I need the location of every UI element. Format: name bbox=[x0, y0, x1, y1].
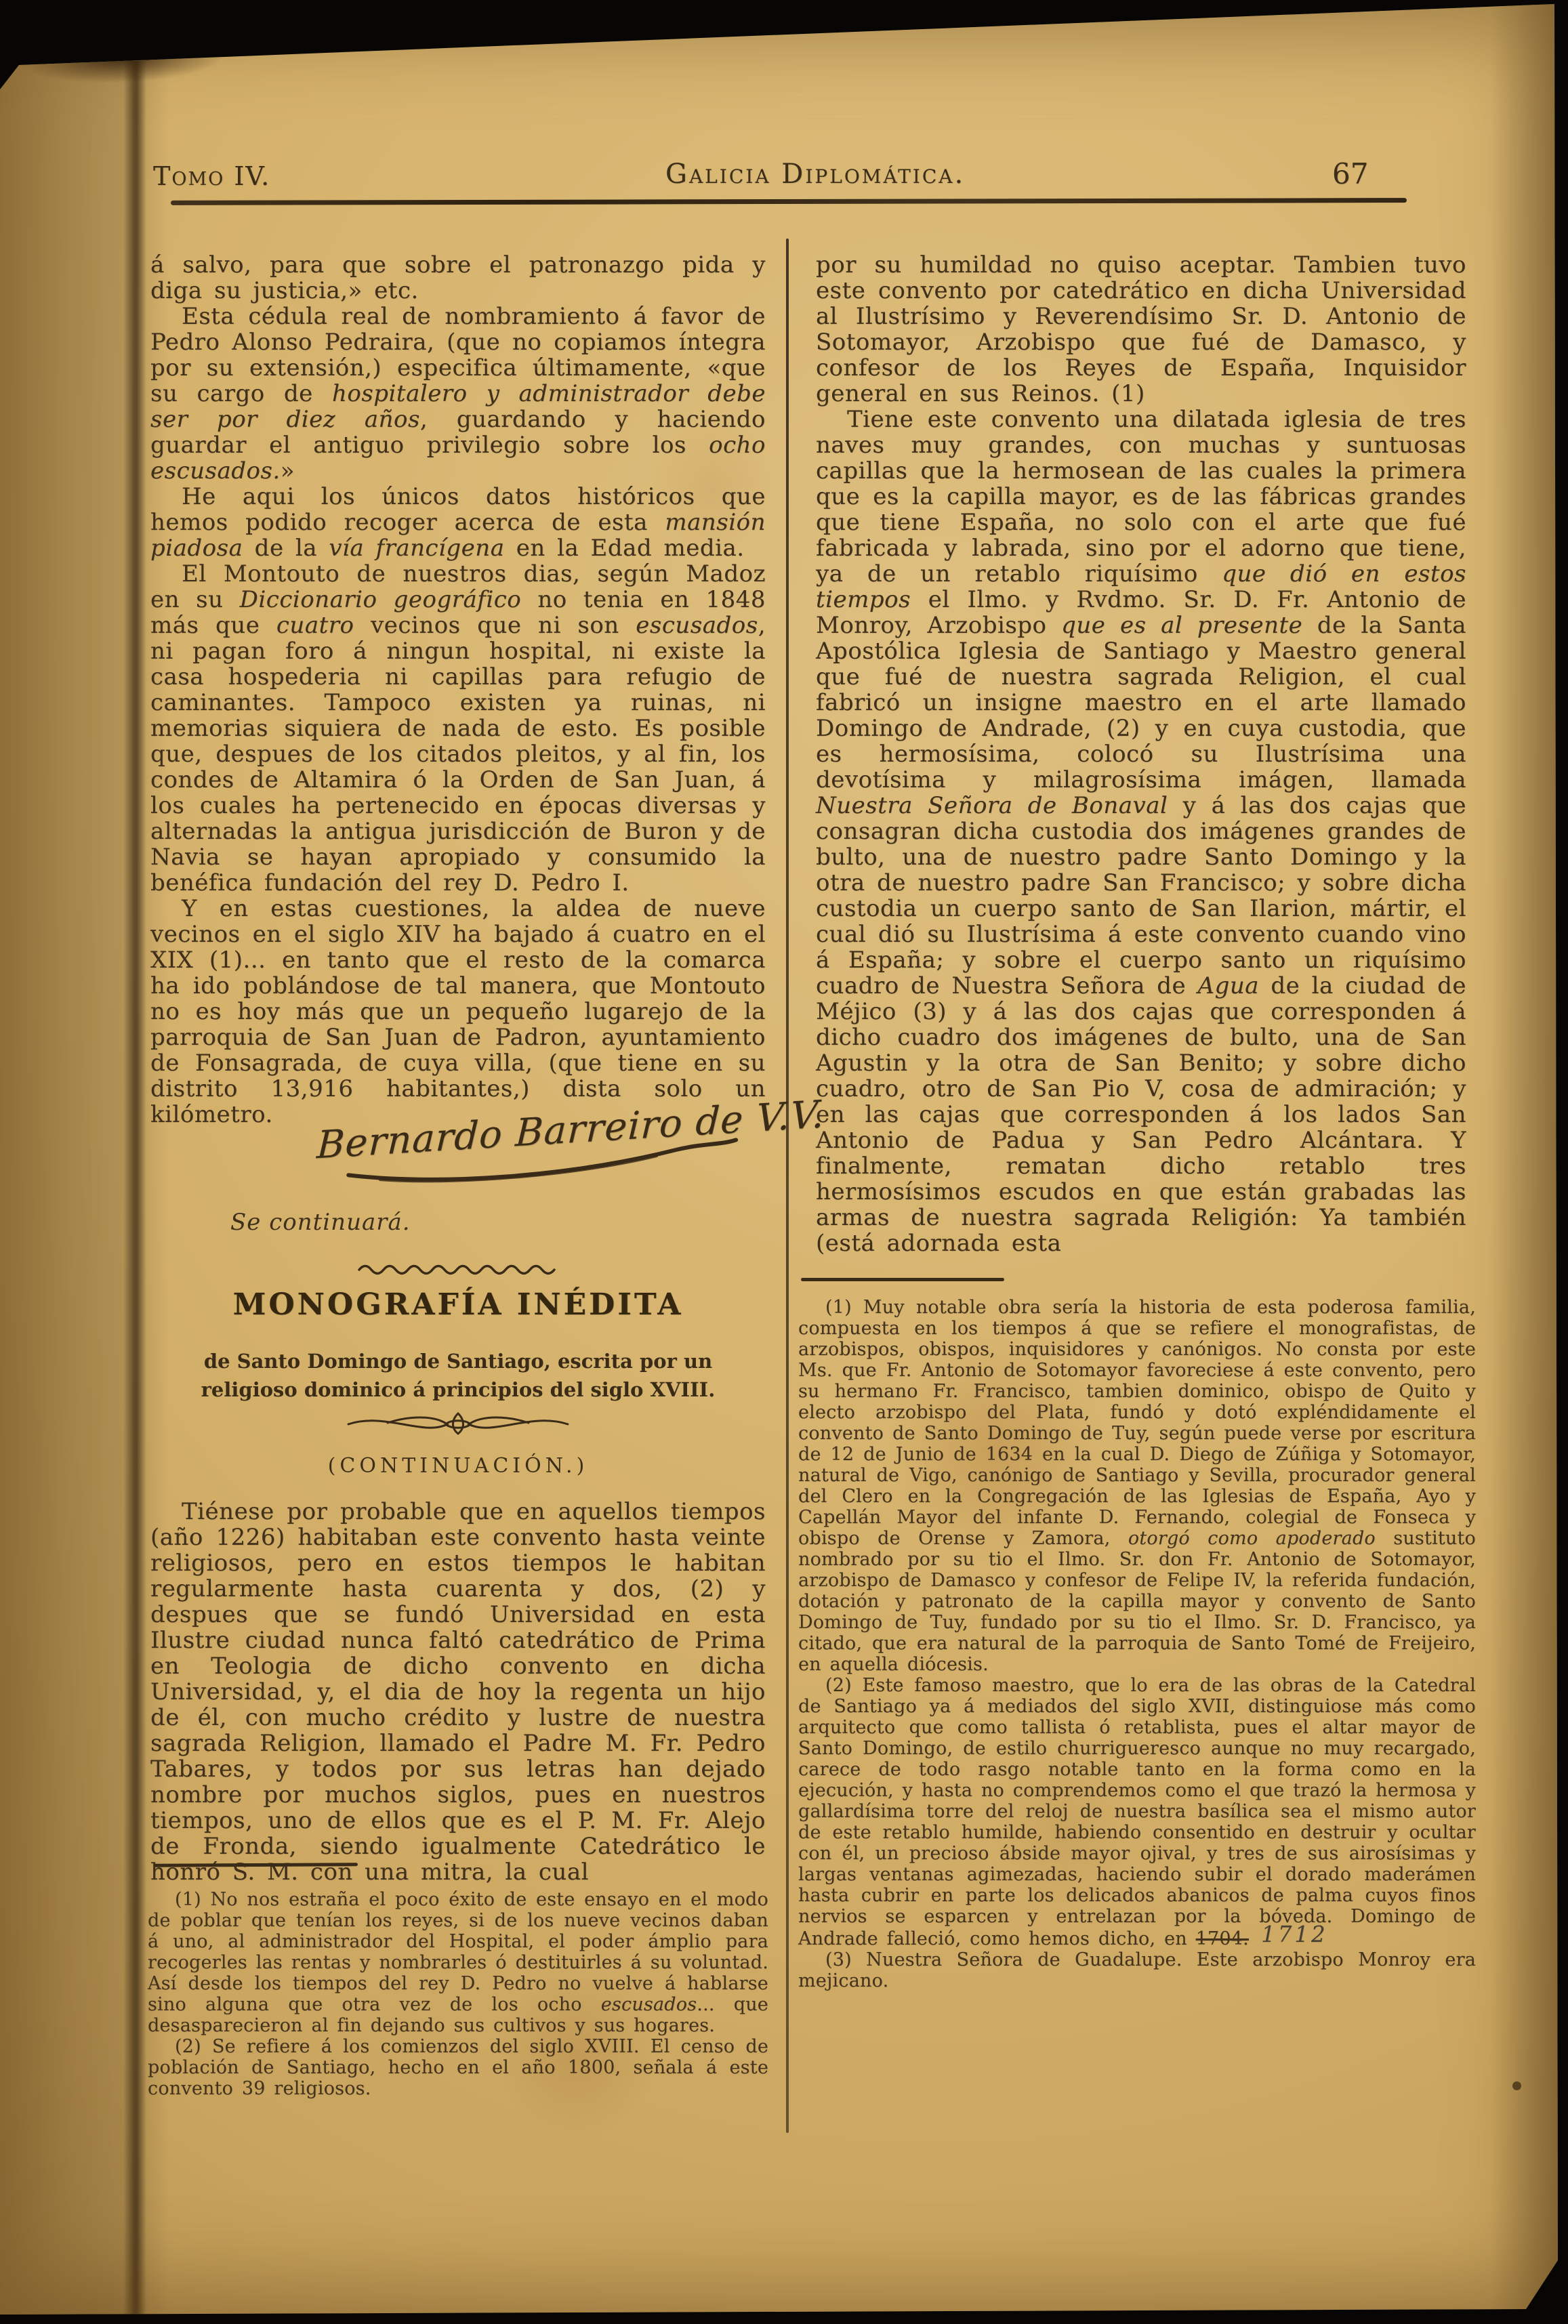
continuation-note: Se continuará. bbox=[230, 1209, 411, 1236]
text-segment: escusados bbox=[601, 1994, 697, 2015]
left-column-main-text: á salvo, para que sobre el patronazgo pi… bbox=[150, 252, 766, 1127]
paragraph: He aqui los únicos datos históricos que … bbox=[150, 484, 766, 561]
paragraph: El Montouto de nuestros dias, según Mado… bbox=[150, 561, 766, 896]
text-segment: (2) Se refiere á los comienzos del siglo… bbox=[148, 2036, 768, 2099]
paragraph: á salvo, para que sobre el patronazgo pi… bbox=[150, 252, 766, 304]
page-fold-line bbox=[123, 61, 146, 2317]
text-segment: de la Santa Apostólica Iglesia de Santia… bbox=[816, 612, 1466, 793]
gutter-shadow bbox=[0, 0, 169, 2324]
paragraph: Tiene este convento una dilatada iglesia… bbox=[816, 407, 1466, 1256]
text-segment: que es al presente bbox=[1061, 612, 1302, 639]
paragraph: Tiénese por probable que en aquellos tie… bbox=[150, 1499, 766, 1885]
text-segment: (1) Muy notable obra sería la historia d… bbox=[798, 1297, 1476, 1549]
text-segment: Tiénese por probable que en aquellos tie… bbox=[150, 1498, 766, 1886]
text-segment: otorgó como apoderado bbox=[1128, 1528, 1376, 1549]
paragraph: (3) Nuestra Señora de Guadalupe. Este ar… bbox=[798, 1949, 1476, 1991]
section-subtitle: de Santo Domingo de Santiago, escrita po… bbox=[175, 1347, 741, 1404]
left-footnotes: (1) No nos estraña el poco éxito de este… bbox=[148, 1889, 768, 2099]
header-rule bbox=[171, 198, 1407, 205]
flourish-ornament bbox=[150, 1408, 766, 1443]
text-segment: Y en estas cuestiones, la aldea de nueve… bbox=[150, 895, 766, 1128]
paragraph: (1) Muy notable obra sería la historia d… bbox=[798, 1297, 1476, 1675]
wavy-divider bbox=[150, 1263, 766, 1278]
paragraph: (1) No nos estraña el poco éxito de este… bbox=[148, 1889, 768, 2036]
text-segment: de la bbox=[243, 535, 329, 562]
section-title: MONOGRAFÍA INÉDITA bbox=[150, 1287, 766, 1322]
text-segment: vecinos que ni son bbox=[354, 612, 636, 639]
right-edge-shadow bbox=[1491, 0, 1565, 2324]
binding-shadow bbox=[20, 32, 224, 86]
book-page: Tomo IV. Galicia Diplomática. 67 á salvo… bbox=[0, 0, 1568, 2324]
paragraph: Esta cédula real de nombramiento á favor… bbox=[150, 304, 766, 484]
right-column-main-text: por su humildad no quiso aceptar. Tambie… bbox=[816, 252, 1466, 1256]
paragraph: (2) Se refiere á los comienzos del siglo… bbox=[148, 2036, 768, 2099]
text-segment: (2) Este famoso maestro, que lo era de l… bbox=[798, 1675, 1476, 1949]
paragraph: (2) Este famoso maestro, que lo era de l… bbox=[798, 1675, 1476, 1949]
header-page-number: 67 bbox=[1332, 157, 1368, 190]
handwritten-annotation: 1712 bbox=[1249, 1922, 1328, 1947]
left-column-section-text: Tiénese por probable que en aquellos tie… bbox=[150, 1499, 766, 1885]
text-segment: vía francígena bbox=[329, 535, 504, 562]
right-footnote-separator bbox=[801, 1278, 1004, 1281]
right-footnotes: (1) Muy notable obra sería la historia d… bbox=[798, 1297, 1476, 1991]
text-segment: por su humildad no quiso aceptar. Tambie… bbox=[816, 251, 1466, 407]
text-segment: Diccionario geográfico bbox=[240, 586, 522, 613]
header-volume: Tomo IV. bbox=[153, 161, 270, 191]
text-segment: (3) Nuestra Señora de Guadalupe. Este ar… bbox=[798, 1949, 1476, 1991]
text-segment: á salvo, para que sobre el patronazgo pi… bbox=[150, 251, 766, 304]
text-segment: 1704. bbox=[1196, 1928, 1249, 1949]
text-segment: de la ciudad de Méjico (3) y á las dos c… bbox=[816, 972, 1466, 1257]
text-segment: cuatro bbox=[276, 612, 354, 639]
text-segment: sustituto nombrado por su tio el Ilmo. S… bbox=[798, 1528, 1476, 1675]
foxing-dot bbox=[1512, 2081, 1521, 2090]
text-segment: en la Edad media. bbox=[504, 535, 744, 562]
text-segment: Nuestra Señora de Bonaval bbox=[816, 792, 1168, 819]
header-journal-title: Galicia Diplomática. bbox=[665, 159, 965, 190]
continuation-label: (CONTINUACIÓN.) bbox=[150, 1454, 766, 1478]
text-segment: » bbox=[281, 457, 295, 484]
paragraph: Y en estas cuestiones, la aldea de nueve… bbox=[150, 896, 766, 1127]
paragraph: por su humildad no quiso aceptar. Tambie… bbox=[816, 252, 1466, 407]
text-segment: , ni pagan foro á ningun hospital, ni ex… bbox=[150, 612, 766, 896]
text-segment: y á las dos cajas que consagran dicha cu… bbox=[816, 792, 1466, 999]
text-segment: Agua bbox=[1198, 972, 1260, 999]
column-divider bbox=[786, 238, 789, 2133]
text-segment: escusados bbox=[636, 612, 758, 639]
